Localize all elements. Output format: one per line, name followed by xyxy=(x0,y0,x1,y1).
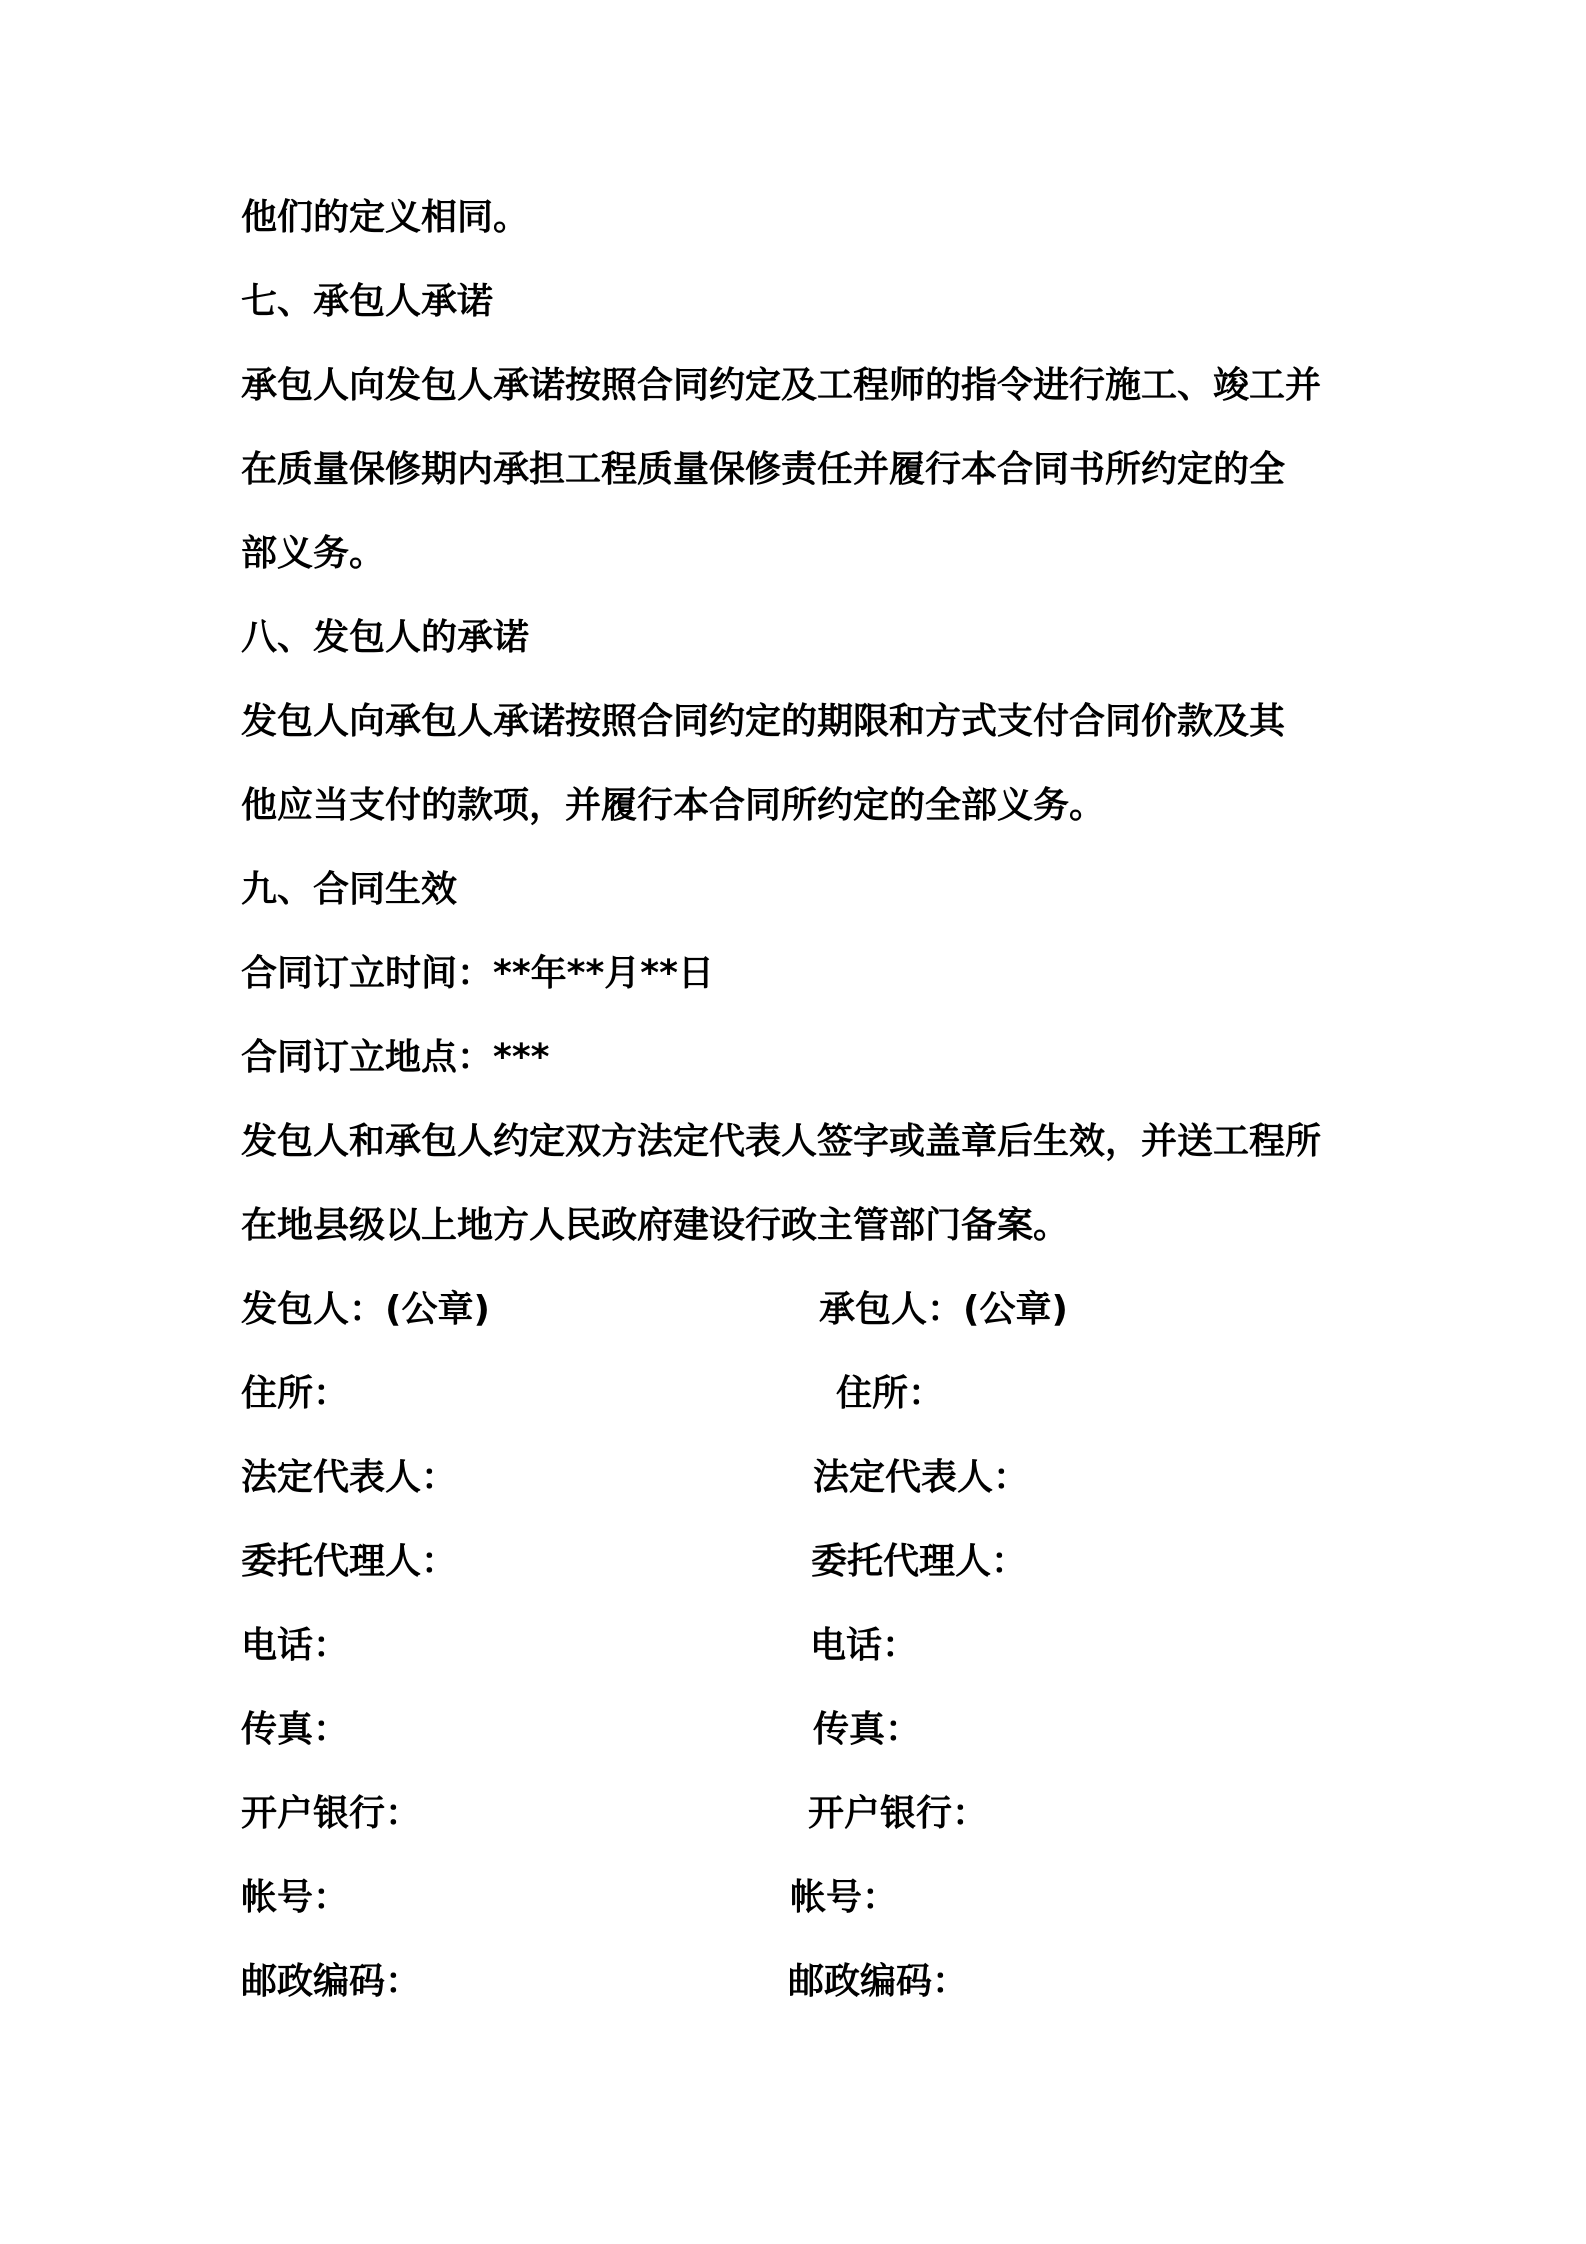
signature-row: 电话： 电话： xyxy=(241,1604,1361,1688)
signature-label-left: 帐号： xyxy=(241,1856,349,1940)
section-heading-9: 九、合同生效 xyxy=(241,848,1361,932)
signature-label-right: 开户银行： xyxy=(808,1772,988,1856)
signature-label-left: 传真： xyxy=(241,1688,349,1772)
contract-body: 他们的定义相同。 七、承包人承诺 承包人向发包人承诺按照合同约定及工程师的指令进… xyxy=(241,176,1361,2024)
signature-label-right: 帐号： xyxy=(790,1856,898,1940)
signature-label-right: 委托代理人： xyxy=(811,1520,1027,1604)
contract-line: 他们的定义相同。 xyxy=(241,176,1361,260)
signature-label-left: 住所： xyxy=(241,1352,349,1436)
signature-label-left: 电话： xyxy=(241,1604,349,1688)
signature-row: 传真： 传真： xyxy=(241,1688,1361,1772)
contract-page: 他们的定义相同。 七、承包人承诺 承包人向发包人承诺按照合同约定及工程师的指令进… xyxy=(0,0,1586,2244)
signature-row: 发包人：(公章) 承包人：(公章) xyxy=(241,1268,1361,1352)
signature-label-right: 邮政编码： xyxy=(788,1940,968,2024)
signature-label-right: 传真： xyxy=(813,1688,921,1772)
signature-label-right: 法定代表人： xyxy=(813,1436,1029,1520)
signature-label-left: 邮政编码： xyxy=(241,1940,421,2024)
contract-date-line: 合同订立时间：**年**月**日 xyxy=(241,932,1361,1016)
section-heading-8: 八、发包人的承诺 xyxy=(241,596,1361,680)
contract-line: 发包人和承包人约定双方法定代表人签字或盖章后生效，并送工程所 xyxy=(241,1100,1361,1184)
signature-row: 开户银行： 开户银行： xyxy=(241,1772,1361,1856)
contract-line: 部义务。 xyxy=(241,512,1361,596)
signature-row: 法定代表人： 法定代表人： xyxy=(241,1436,1361,1520)
signature-label-right: 住所： xyxy=(836,1352,944,1436)
contract-line: 他应当支付的款项，并履行本合同所约定的全部义务。 xyxy=(241,764,1361,848)
signature-label-right: 承包人：(公章) xyxy=(819,1268,1068,1352)
signature-label-left: 委托代理人： xyxy=(241,1520,457,1604)
signature-label-left: 开户银行： xyxy=(241,1772,421,1856)
contract-line: 在地县级以上地方人民政府建设行政主管部门备案。 xyxy=(241,1184,1361,1268)
contract-line: 承包人向发包人承诺按照合同约定及工程师的指令进行施工、竣工并 xyxy=(241,344,1361,428)
signature-row: 住所： 住所： xyxy=(241,1352,1361,1436)
signature-row: 邮政编码： 邮政编码： xyxy=(241,1940,1361,2024)
signature-row: 帐号： 帐号： xyxy=(241,1856,1361,1940)
contract-place-line: 合同订立地点：*** xyxy=(241,1016,1361,1100)
signature-row: 委托代理人： 委托代理人： xyxy=(241,1520,1361,1604)
contract-line: 发包人向承包人承诺按照合同约定的期限和方式支付合同价款及其 xyxy=(241,680,1361,764)
signature-label-left: 法定代表人： xyxy=(241,1436,457,1520)
contract-line: 在质量保修期内承担工程质量保修责任并履行本合同书所约定的全 xyxy=(241,428,1361,512)
section-heading-7: 七、承包人承诺 xyxy=(241,260,1361,344)
signature-label-left: 发包人：(公章) xyxy=(241,1268,490,1352)
signature-label-right: 电话： xyxy=(810,1604,918,1688)
